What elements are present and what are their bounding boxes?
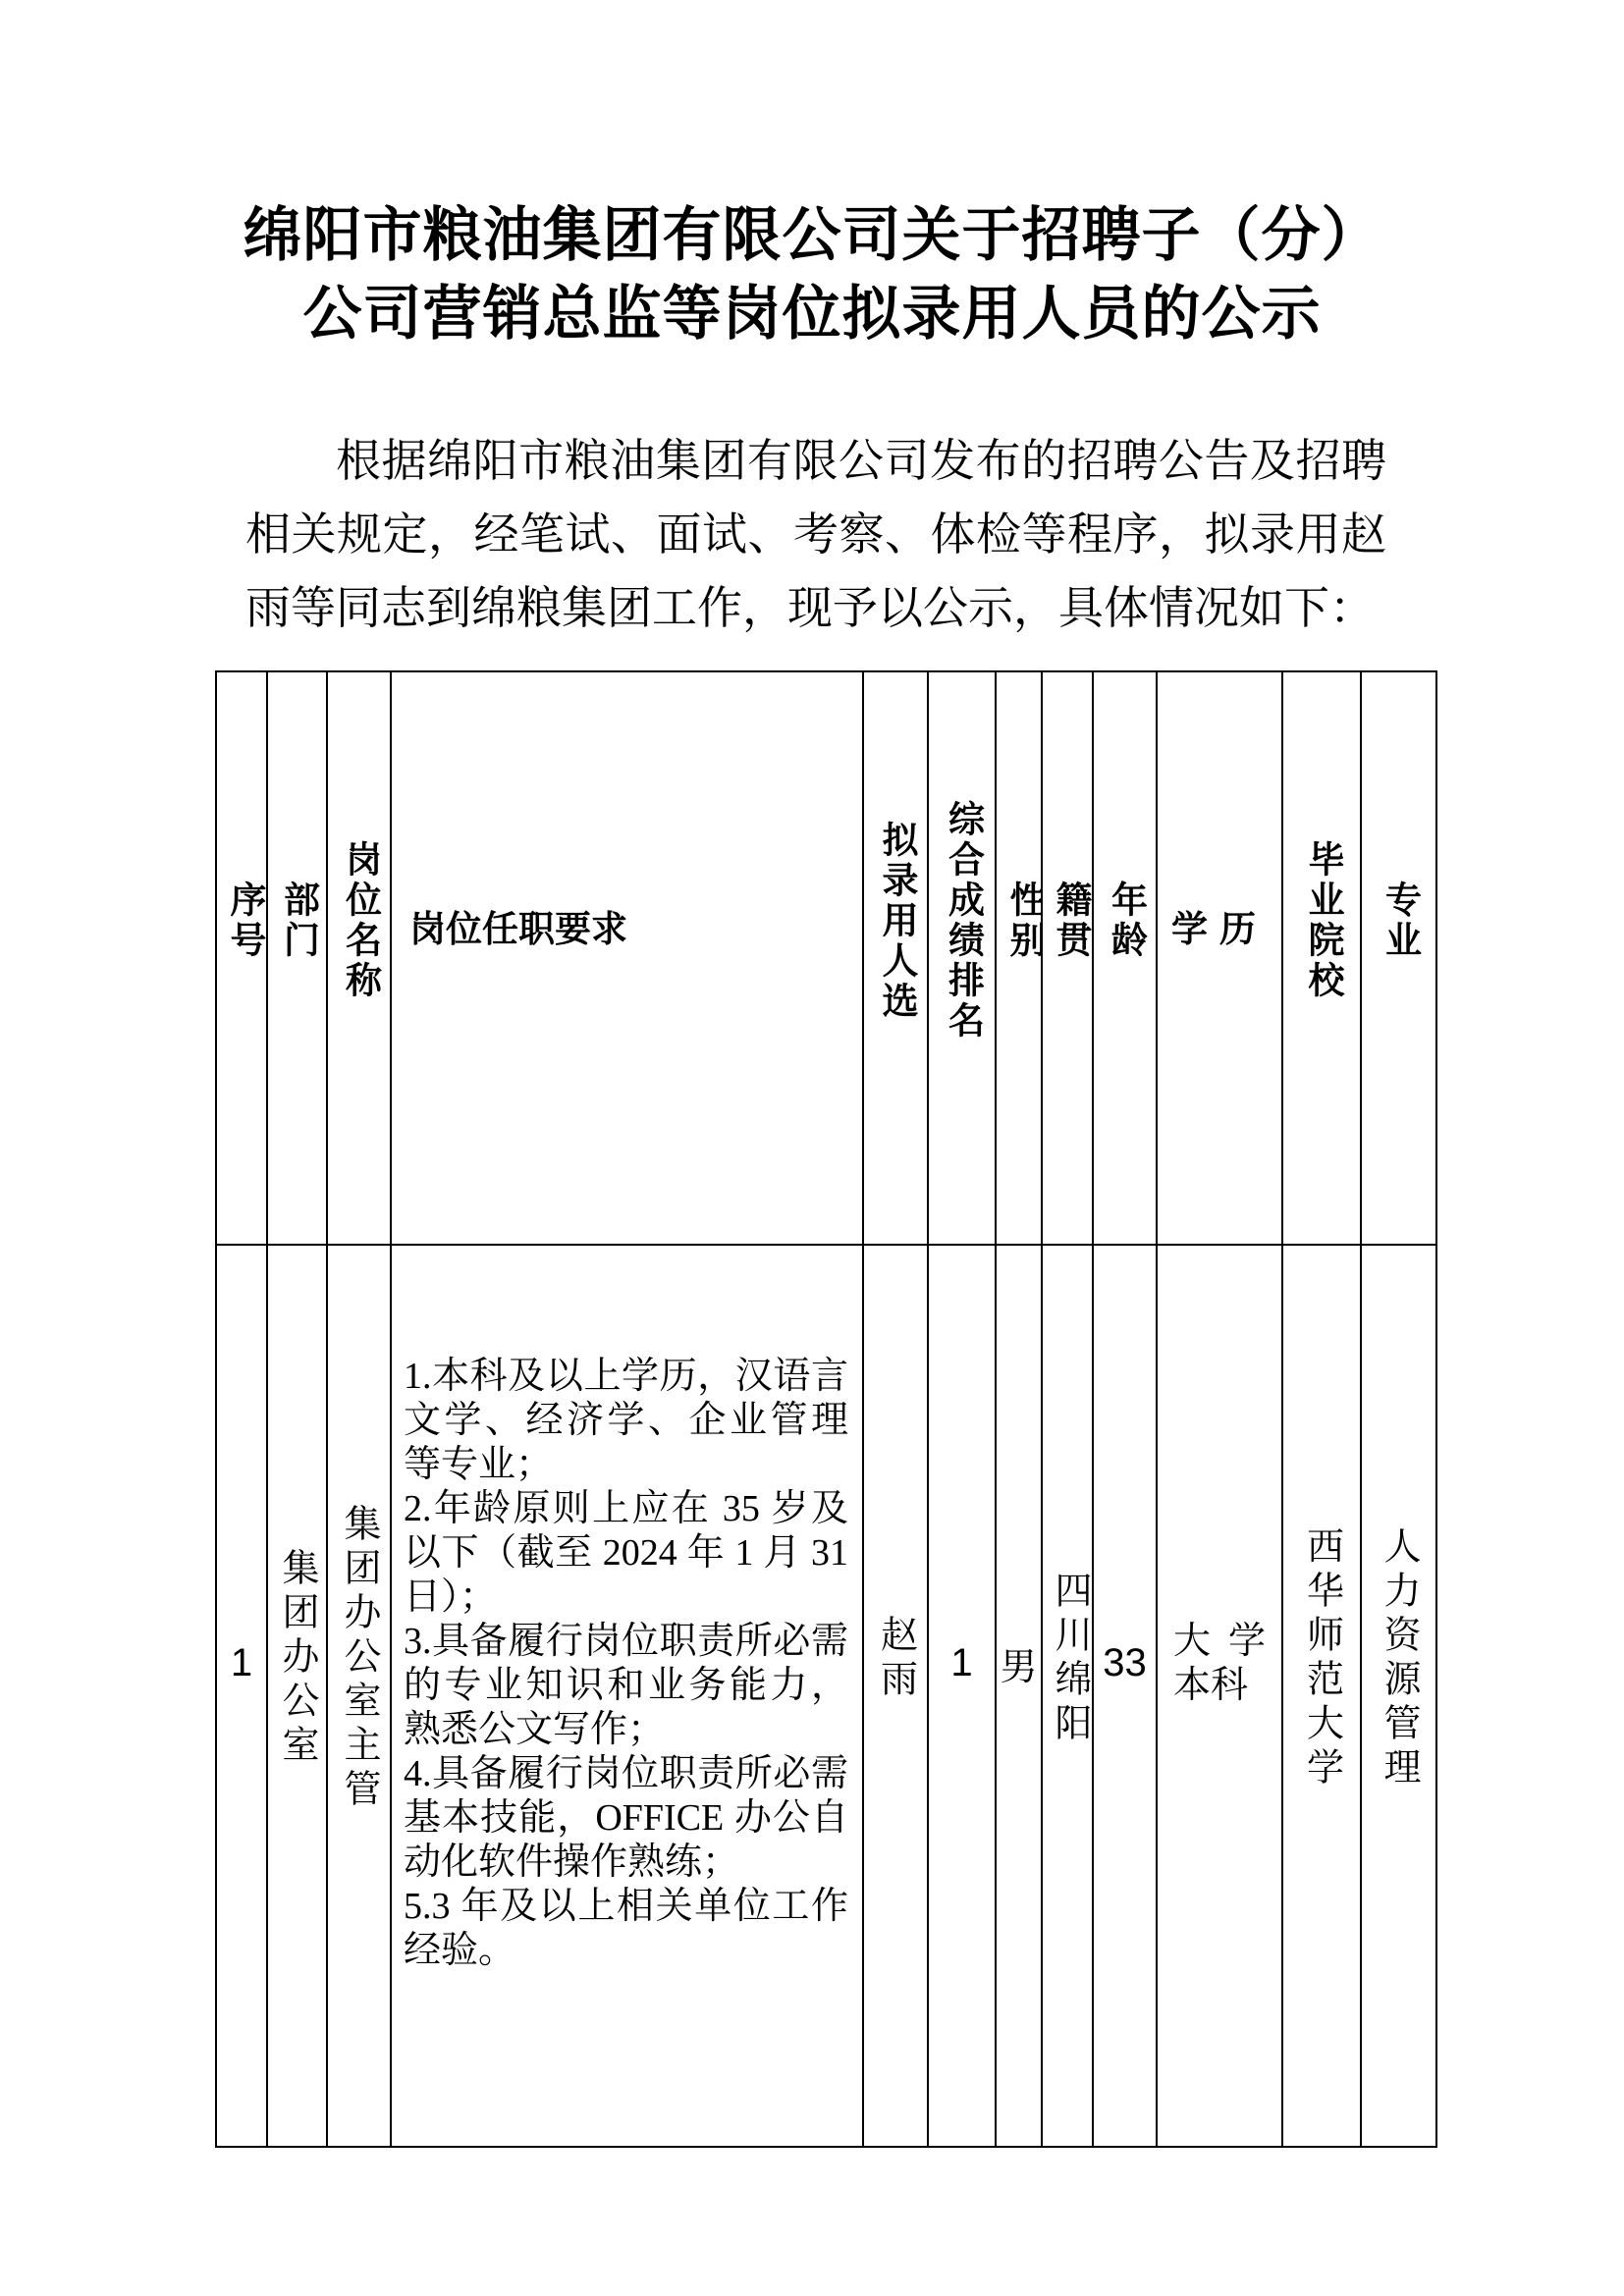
header-school-label: 毕业院校 (1295, 840, 1348, 1001)
native-place-value: 四川绵阳 (1043, 1571, 1093, 1747)
cell-age: 33 (1093, 1245, 1157, 2147)
header-school: 毕业院校 (1282, 671, 1361, 1245)
header-education: 学历 (1157, 671, 1282, 1245)
cell-position-name: 集团办公室主管 (327, 1245, 391, 2147)
header-native-place: 籍贯 (1042, 671, 1093, 1245)
header-major: 专业 (1361, 671, 1436, 1245)
header-department: 部门 (267, 671, 327, 1245)
cell-gender: 男 (996, 1245, 1042, 2147)
header-serial: 序号 (216, 671, 267, 1245)
header-position-name: 岗位名称 (327, 671, 391, 1245)
requirement-item: 1.本科及以上学历，汉语言文学、经济学、企业管理等专业； (404, 1355, 848, 1487)
cell-school: 西华师范大学 (1282, 1245, 1361, 2147)
header-requirements: 岗位任职要求 (391, 671, 863, 1245)
header-requirements-label: 岗位任职要求 (409, 910, 627, 950)
candidate-value: 赵雨 (869, 1615, 923, 1703)
header-position-name-label: 岗位名称 (333, 840, 386, 1001)
cell-department: 集团办公室 (267, 1245, 327, 2147)
page-title-line1: 绵阳市粮油集团有限公司关于招聘子（分） (0, 196, 1624, 275)
requirement-item: 3.具备履行岗位职责所必需的专业知识和业务能力，熟悉公文写作； (404, 1620, 848, 1752)
requirements-text: 1.本科及以上学历，汉语言文学、经济学、企业管理等专业； 2.年龄原则上应在 3… (392, 1355, 862, 1973)
header-candidate: 拟录用人选 (863, 671, 928, 1245)
recruitment-table: 序号 部门 岗位名称 岗位任职要求 拟录用人选 综合成绩排名 性别 籍贯 年龄 … (215, 670, 1437, 2148)
header-department-label: 部门 (271, 881, 324, 961)
header-serial-label: 序号 (217, 881, 267, 961)
requirement-item: 5.3 年及以上相关单位工作经验。 (404, 1885, 848, 1973)
page-title: 绵阳市粮油集团有限公司关于招聘子（分） 公司营销总监等岗位拟录用人员的公示 (0, 196, 1624, 353)
position-name-value: 集团办公室主管 (332, 1504, 386, 1813)
table-row: 1 集团办公室 集团办公室主管 1.本科及以上学历，汉语言文学、经济学、企业管理… (216, 1245, 1436, 2147)
intro-paragraph: 根据绵阳市粮油集团有限公司发布的招聘公告及招聘相关规定，经笔试、面试、考察、体检… (245, 424, 1386, 645)
header-major-label: 专业 (1373, 881, 1426, 961)
score-rank-value: 1 (950, 1641, 972, 1684)
department-value: 集团办公室 (270, 1548, 324, 1769)
header-native-place-label: 籍贯 (1043, 881, 1093, 961)
cell-candidate: 赵雨 (863, 1245, 928, 2147)
header-score-rank: 综合成绩排名 (928, 671, 996, 1245)
cell-major: 人力资源管理 (1361, 1245, 1436, 2147)
header-gender: 性别 (996, 671, 1042, 1245)
header-gender-label: 性别 (997, 881, 1042, 961)
education-value: 大学本科 (1173, 1620, 1266, 1708)
age-value: 33 (1103, 1641, 1147, 1684)
cell-native-place: 四川绵阳 (1042, 1245, 1093, 2147)
cell-education: 大学本科 (1157, 1245, 1282, 2147)
table-header-row: 序号 部门 岗位名称 岗位任职要求 拟录用人选 综合成绩排名 性别 籍贯 年龄 … (216, 671, 1436, 1245)
cell-score-rank: 1 (928, 1245, 996, 2147)
gender-value: 男 (1000, 1647, 1037, 1688)
header-score-rank-label: 综合成绩排名 (936, 800, 989, 1041)
requirement-item: 2.年龄原则上应在 35 岁及以下（截至 2024 年 1 月 31 日）； (404, 1487, 848, 1620)
serial-value: 1 (231, 1641, 252, 1684)
page-title-line2: 公司营销总监等岗位拟录用人员的公示 (0, 275, 1624, 353)
cell-requirements: 1.本科及以上学历，汉语言文学、经济学、企业管理等专业； 2.年龄原则上应在 3… (391, 1245, 863, 2147)
header-age-label: 年龄 (1099, 881, 1152, 961)
requirement-item: 4.具备履行岗位职责所必需基本技能，OFFICE 办公自动化软件操作熟练； (404, 1752, 848, 1885)
header-education-label: 学历 (1171, 910, 1268, 950)
cell-serial: 1 (216, 1245, 267, 2147)
major-value: 人力资源管理 (1372, 1526, 1426, 1791)
header-candidate-label: 拟录用人选 (869, 821, 922, 1022)
school-value: 西华师范大学 (1295, 1526, 1349, 1791)
header-age: 年龄 (1093, 671, 1157, 1245)
